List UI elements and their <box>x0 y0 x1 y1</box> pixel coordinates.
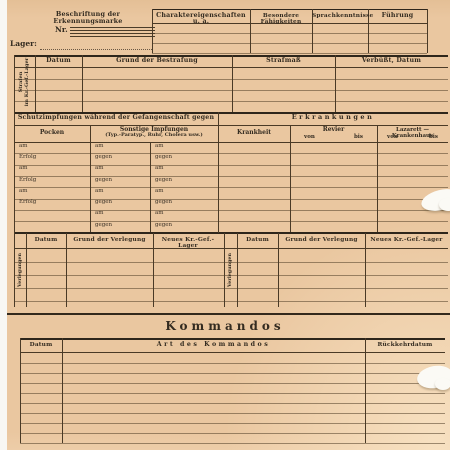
impfungen-bottom-border <box>14 232 448 234</box>
rule-line <box>20 363 445 364</box>
rule-line <box>20 413 445 414</box>
sonstige-cell-b: gegen <box>150 221 218 232</box>
pocken-cell: am <box>14 142 90 153</box>
verlegungen-right-header-newcamp: Neues Kr.-Gef.-Lager <box>365 237 448 243</box>
rule-line <box>20 383 445 384</box>
nr-label: Nr. <box>55 25 68 34</box>
kommandos-top-border <box>20 338 445 340</box>
sonstige-cell-b: am <box>150 164 218 175</box>
sonstige-cell-b: am <box>150 142 218 153</box>
traits-header-conduct: Führung <box>368 13 427 20</box>
kommandos-header-date: Datum <box>20 342 62 348</box>
verlegungen-right-header-reason: Grund der Verlegung <box>278 237 365 243</box>
verlegungen-right-header-date: Datum <box>237 237 278 243</box>
kommandos-vline <box>62 338 63 443</box>
scanned-pow-record-card: { "top": { "tag_title": "Beschriftung de… <box>0 0 450 450</box>
kommandos-header-return: Rückkehrdatum <box>365 342 445 348</box>
kommandos-title: Kommandos <box>117 320 333 333</box>
rule-line <box>152 43 427 44</box>
impfungen-row: amamam <box>14 164 218 175</box>
sonstige-cell-a: gegen <box>90 221 150 232</box>
revier-vonbis: von bis <box>290 134 377 140</box>
strafen-side-label: Strafen im Kr.-Gef.-Lager <box>18 57 30 107</box>
nr-ruled-lines <box>70 27 155 38</box>
verlegungen-vline <box>365 233 366 307</box>
rule-line <box>14 301 448 302</box>
impfungen-row: amamam <box>14 142 218 153</box>
rule-line <box>20 373 445 374</box>
erkrankungen-title: Erkrankungen <box>218 114 448 121</box>
rule-line <box>152 53 427 54</box>
form-paper: Beschriftung der Erkennungsmarke Nr. Lag… <box>7 0 450 450</box>
impfungen-title-underline <box>14 125 448 126</box>
sonstige-header: Sonstige Impfungen (Typ.-Paratyp., Ruhr,… <box>90 127 218 140</box>
pocken-cell: Erfolg <box>14 176 90 187</box>
strafen-header-served: Verbüßt, Datum <box>335 58 448 65</box>
strafen-header-reason: Grund der Bestrafung <box>82 58 232 65</box>
verlegungen-divider-vline <box>224 233 226 307</box>
sonstige-cell-a: am <box>90 187 150 198</box>
revier-von-label: von <box>304 134 315 140</box>
lager-dotted-line <box>40 41 152 50</box>
sonstige-cell-b: gegen <box>150 153 218 164</box>
sonstige-cell-a: am <box>90 164 150 175</box>
verlegungen-left-header-date: Datum <box>26 237 66 243</box>
rule-line <box>20 423 445 424</box>
sonstige-cell-b: am <box>150 209 218 220</box>
verlegungen-left-header-newcamp: Neues Kr.-Gef.-Lager <box>153 237 223 250</box>
pocken-cell: Erfolg <box>14 198 90 209</box>
pocken-cell: am <box>14 164 90 175</box>
impfungen-row: gegengegen <box>14 221 218 232</box>
card-edge-line <box>7 313 450 315</box>
strafen-header-sentence: Strafmaß <box>232 58 335 65</box>
verlegungen-side-label-left: Verlegungen <box>17 240 23 300</box>
pocken-cell <box>14 209 90 220</box>
erkrankungen-vline <box>377 125 378 232</box>
pocken-header: Pocken <box>14 130 90 137</box>
traits-header-languages: Sprachkenntnisse <box>312 13 368 19</box>
paper-tear-hole-upper-lobe <box>439 198 450 211</box>
sonstige-cell-a: gegen <box>90 198 150 209</box>
lager-label: Lager: <box>10 39 37 48</box>
impfungen-rows: amamam Erfolggegengegen amamam Erfolggeg… <box>14 142 218 232</box>
sonstige-cell-a: gegen <box>90 176 150 187</box>
sonstige-cell-b: gegen <box>150 176 218 187</box>
rule-line <box>14 90 448 91</box>
impfungen-title: Schutzimpfungen während der Gefangenscha… <box>14 115 218 122</box>
rule-line <box>20 393 445 394</box>
impfungen-row: Erfolggegengegen <box>14 176 218 187</box>
kommandos-vline <box>365 338 366 443</box>
kommandos-header-type: Art des Kommandos <box>62 342 365 349</box>
rule-line <box>14 101 448 102</box>
revier-header: Revier <box>290 127 377 134</box>
verlegungen-side-label-right: Verlegungen <box>227 240 233 300</box>
strafen-header-date: Datum <box>35 58 82 65</box>
strafen-side-label-line2: im Kr.-Gef.-Lager <box>24 57 30 107</box>
erkrankungen-vline <box>290 125 291 232</box>
traits-header-character: Charaktereigenschaften u. a. <box>152 13 250 27</box>
verlegungen-left-header-reason: Grund der Verlegung <box>66 237 153 243</box>
sonstige-cell-a: gegen <box>90 153 150 164</box>
rule-line <box>14 79 448 80</box>
pocken-cell: am <box>14 187 90 198</box>
verlegungen-vline <box>14 233 15 307</box>
pocken-cell <box>14 221 90 232</box>
sonstige-cell-b: gegen <box>150 198 218 209</box>
lazarett-bis-label: bis <box>429 134 438 140</box>
verlegungen-vline <box>66 233 67 307</box>
impfungen-row: amamam <box>14 187 218 198</box>
sonstige-cell-b: am <box>150 187 218 198</box>
verlegungen-vline <box>237 233 238 307</box>
section-divider-vline <box>218 112 219 233</box>
lazarett-vonbis: von bis <box>377 134 448 140</box>
rule-line <box>20 433 445 434</box>
strafen-vline <box>14 55 15 112</box>
impfungen-row: amam <box>14 209 218 220</box>
sonstige-header-line2: (Typ.-Paratyp., Ruhr, Cholera usw.) <box>90 133 218 139</box>
rule-line <box>20 403 445 404</box>
pocken-cell: Erfolg <box>14 153 90 164</box>
traits-header-abilities: Besondere Fähigkeiten <box>250 13 312 26</box>
sonstige-cell-a: am <box>90 209 150 220</box>
kommandos-row-lines <box>20 352 445 447</box>
sonstige-cell-a: am <box>90 142 150 153</box>
id-tag-title: Beschriftung der Erkennungsmarke <box>25 11 151 25</box>
impfungen-row: Erfolggegengegen <box>14 153 218 164</box>
traits-vline <box>427 9 428 53</box>
verlegungen-vline <box>278 233 279 307</box>
rule-line <box>152 33 427 34</box>
krankheit-header: Krankheit <box>218 130 290 137</box>
paper-tear-hole-lower-lobe <box>435 378 450 390</box>
revier-bis-label: bis <box>354 134 363 140</box>
lazarett-von-label: von <box>387 134 398 140</box>
impfungen-row: Erfolggegengegen <box>14 198 218 209</box>
kommandos-vline <box>20 338 21 443</box>
verlegungen-vline <box>26 233 27 307</box>
rule-line <box>20 443 445 444</box>
